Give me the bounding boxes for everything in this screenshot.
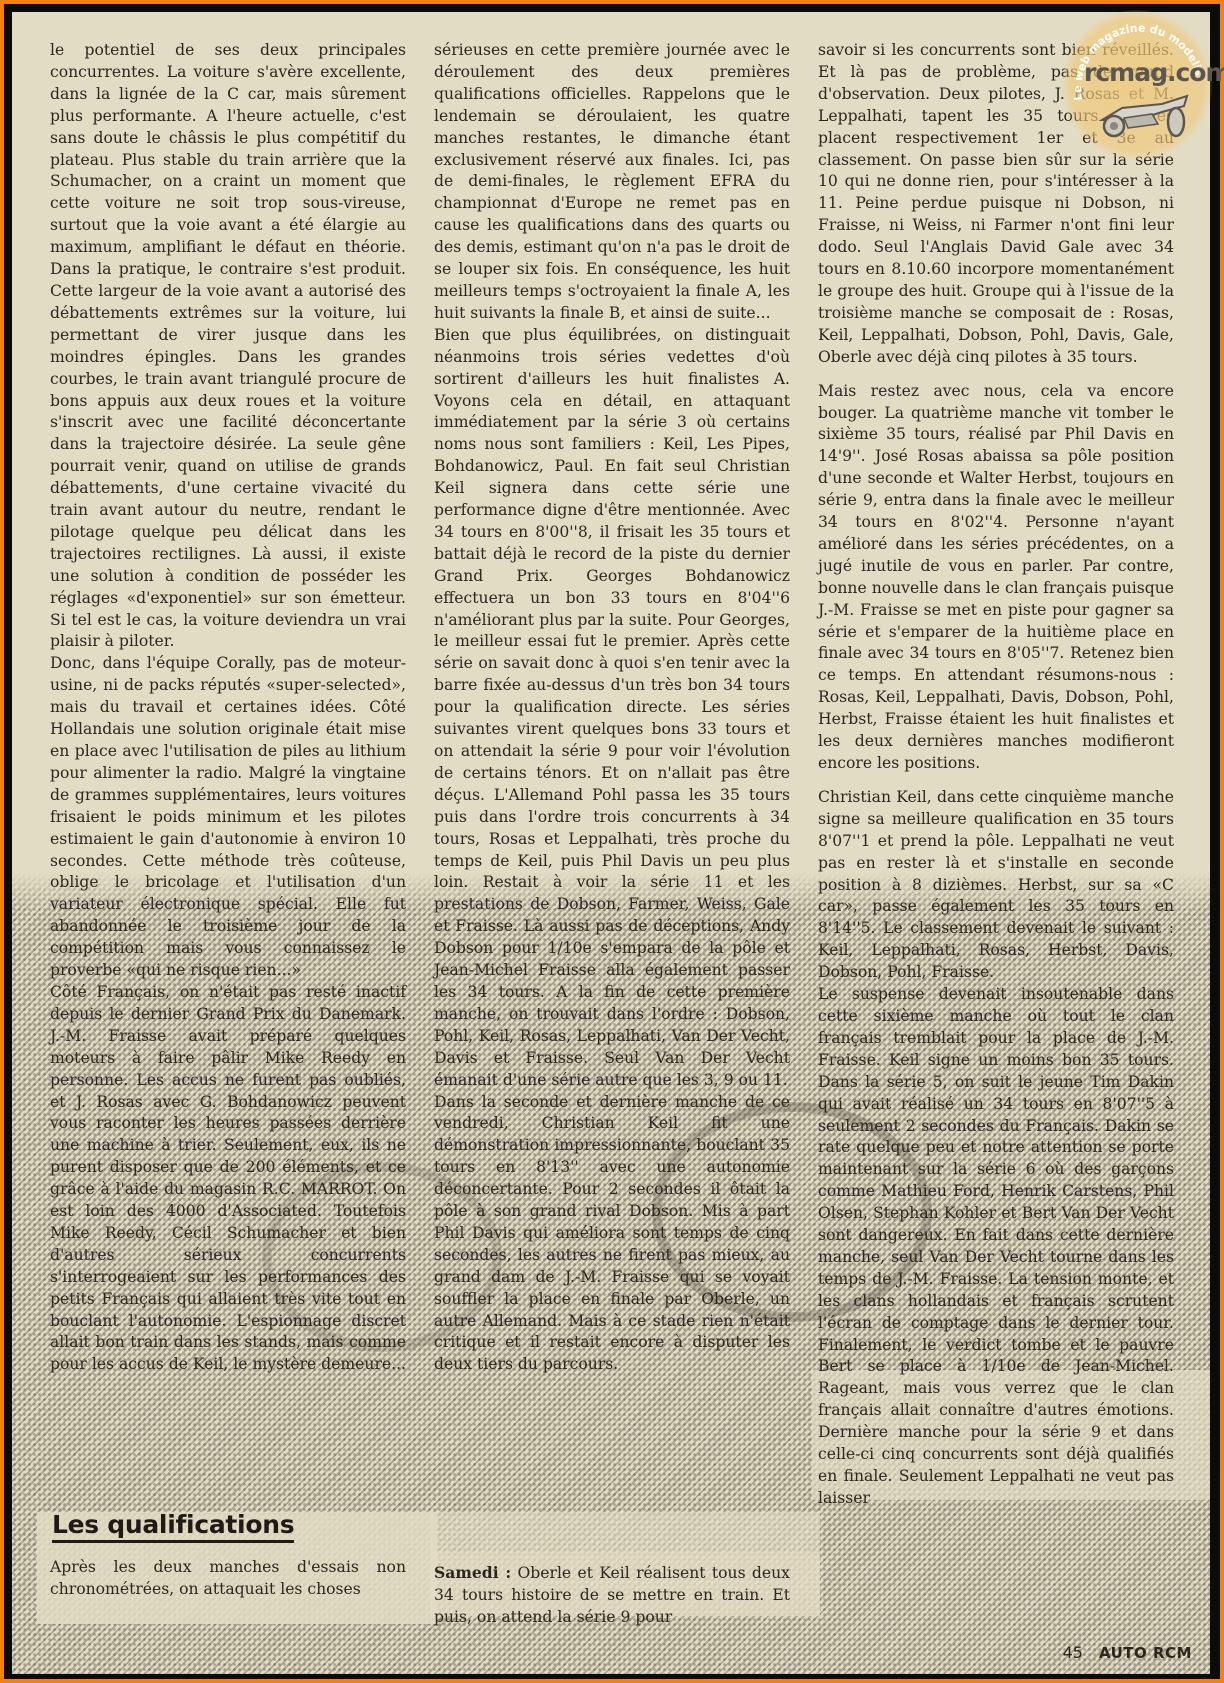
page-footer: 45 AUTO RCM xyxy=(1063,1643,1192,1662)
article-column-2: sérieuses en cette première journée avec… xyxy=(434,40,790,1376)
paragraph: Dans la seconde et dernière manche de ce… xyxy=(434,1092,790,1377)
samedi-section: Samedi : Oberle et Keil réalisent tous d… xyxy=(434,1562,790,1629)
magazine-page: le potentiel de ses deux principales con… xyxy=(12,12,1210,1674)
page-number: 45 xyxy=(1063,1643,1083,1662)
paragraph: Après les deux manches d'essais non chro… xyxy=(50,1557,406,1601)
paragraph: Côté Français, on n'était pas resté inac… xyxy=(50,982,406,1376)
section-qualifications: Les qualifications Après les deux manche… xyxy=(50,1510,406,1601)
paragraph: savoir si les concurrents sont bien réve… xyxy=(818,40,1174,369)
paragraph: Samedi : Oberle et Keil réalisent tous d… xyxy=(434,1562,790,1629)
paragraph: le potentiel de ses deux principales con… xyxy=(50,40,406,653)
paragraph: Le suspense devenait insoutenable dans c… xyxy=(818,984,1174,1510)
section-heading: Les qualifications xyxy=(52,1510,294,1543)
samedi-label: Samedi : xyxy=(434,1563,511,1582)
paragraph: Mais restez avec nous, cela va encore bo… xyxy=(818,381,1174,775)
article-column-1: le potentiel de ses deux principales con… xyxy=(50,40,406,1376)
article-column-3: savoir si les concurrents sont bien réve… xyxy=(818,40,1174,1510)
magazine-brand: AUTO RCM xyxy=(1099,1644,1192,1662)
paragraph: Bien que plus équilibrées, on distinguai… xyxy=(434,325,790,1092)
paragraph: Donc, dans l'équipe Corally, pas de mote… xyxy=(50,653,406,982)
paragraph: Christian Keil, dans cette cinquième man… xyxy=(818,787,1174,984)
paragraph: sérieuses en cette première journée avec… xyxy=(434,40,790,325)
